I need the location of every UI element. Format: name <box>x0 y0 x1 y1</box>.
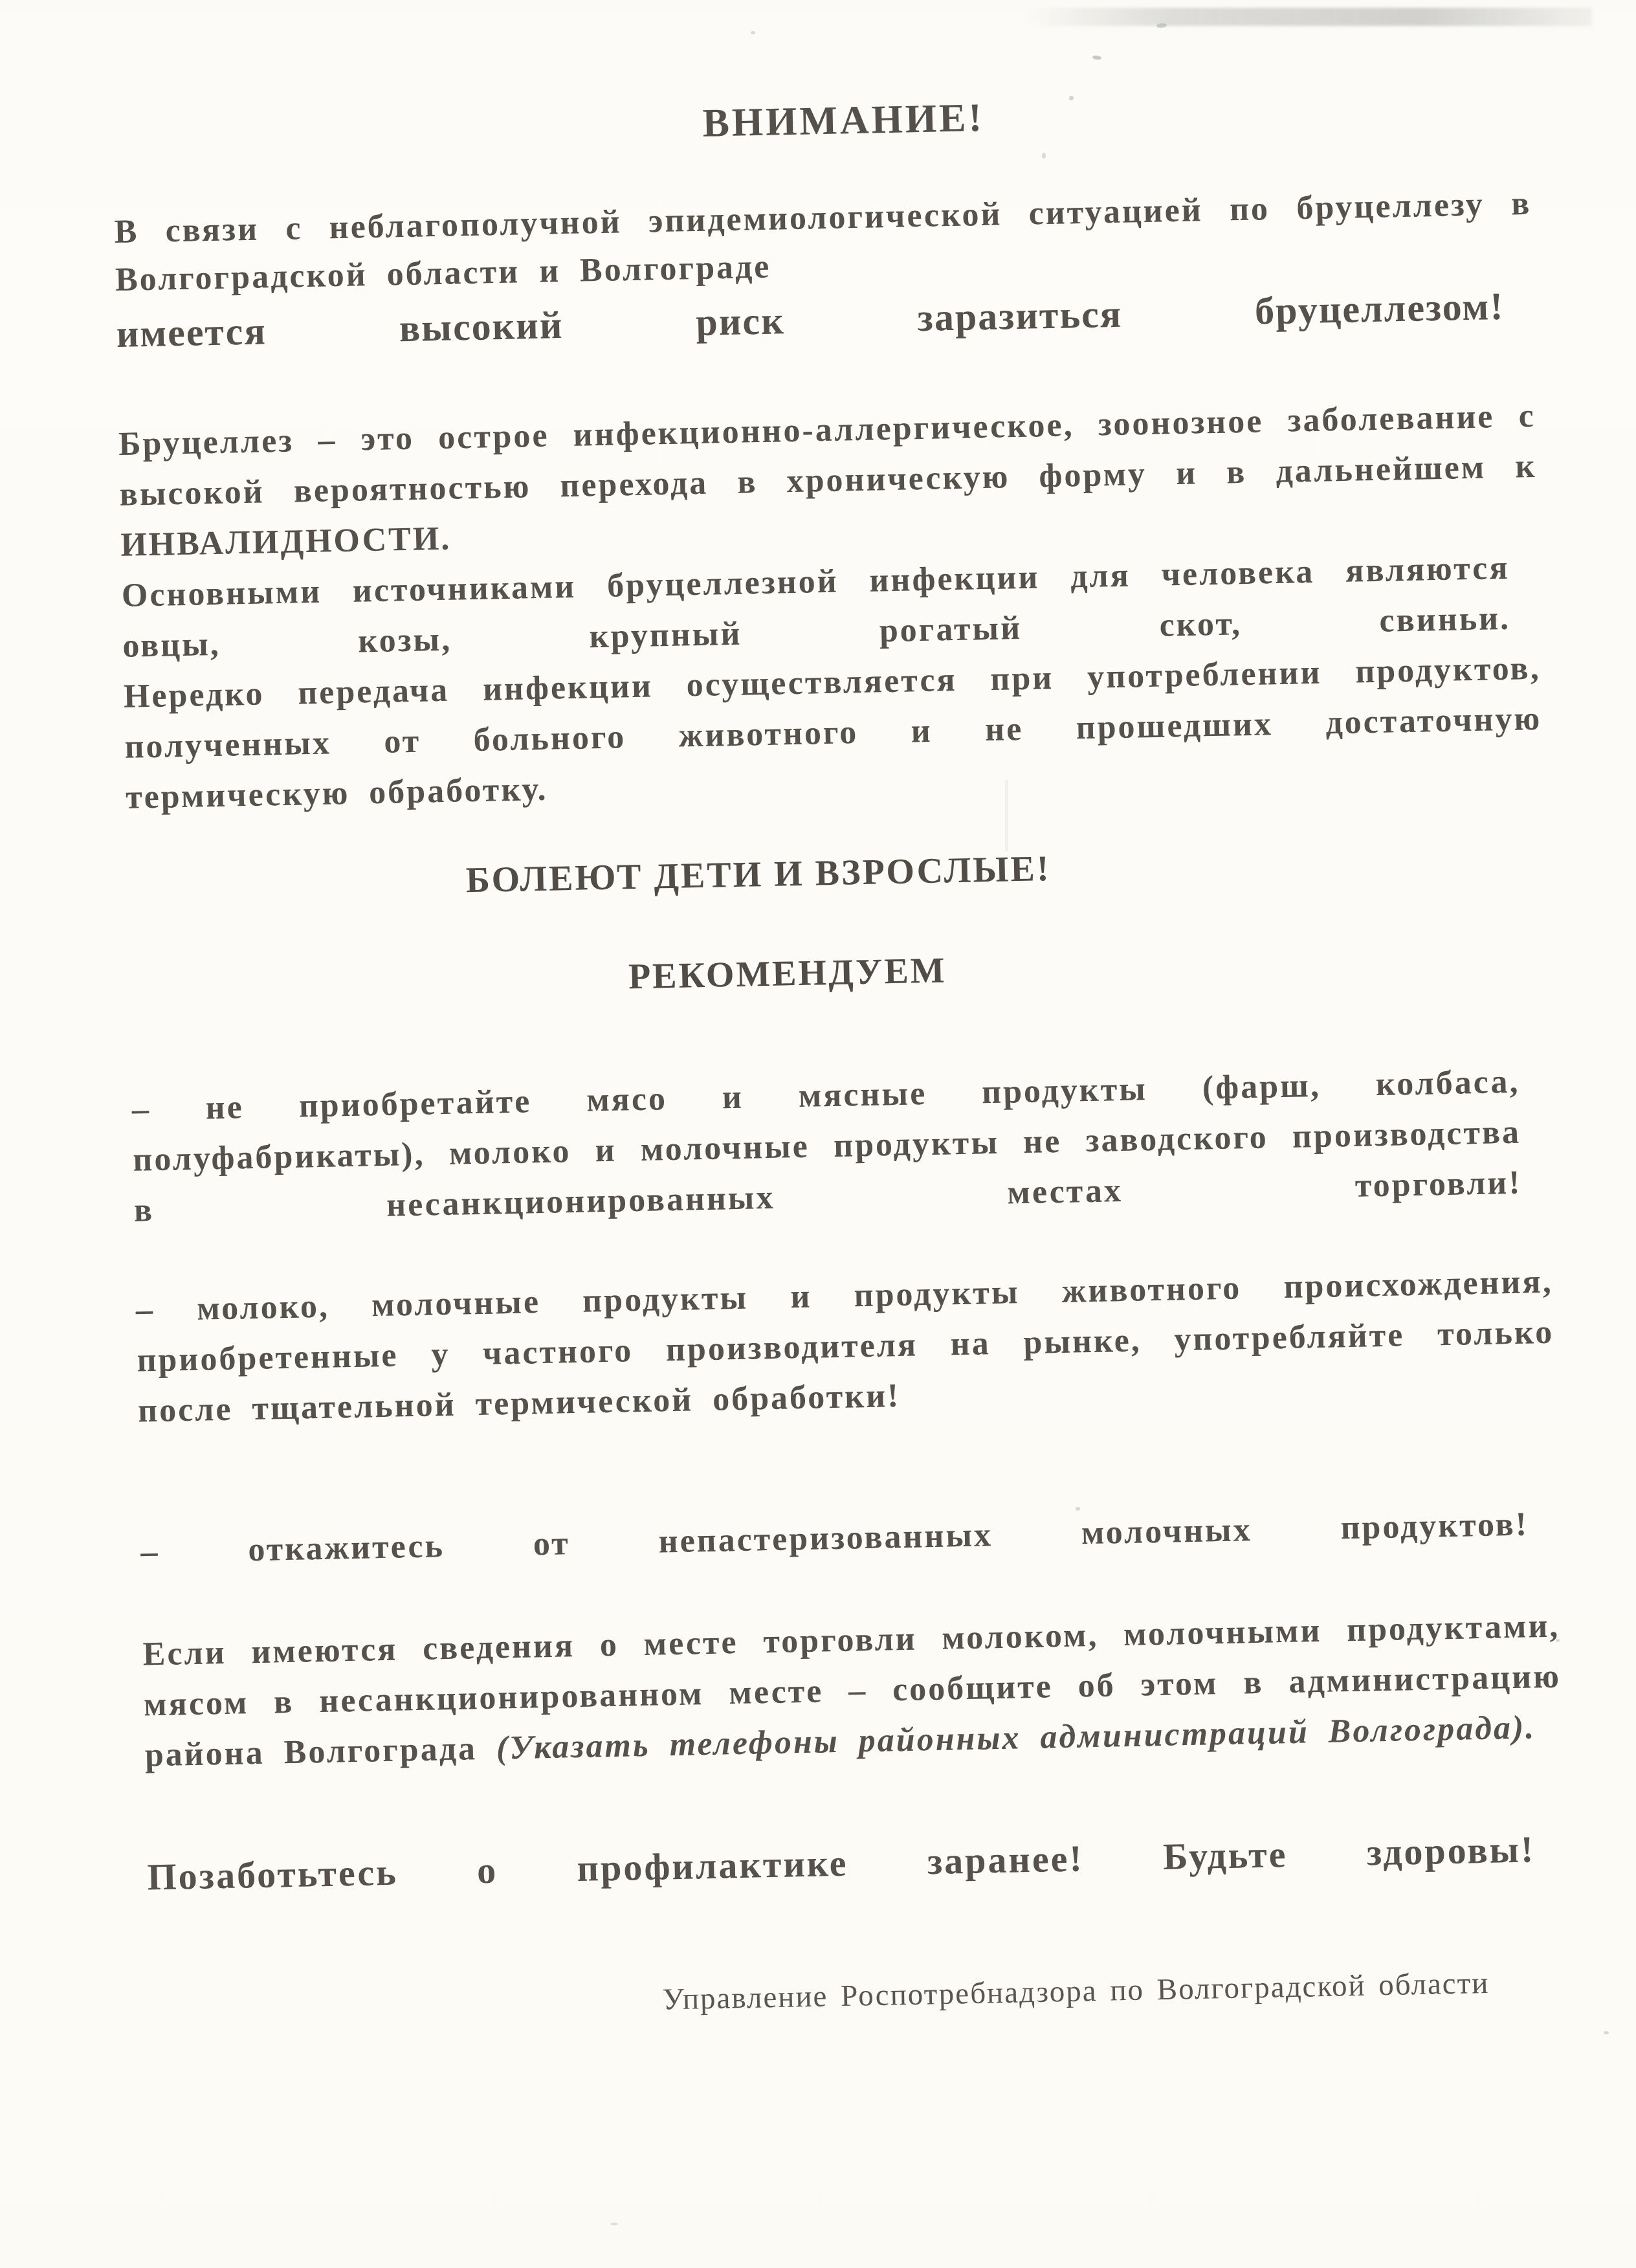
scan-speck <box>1604 2031 1609 2034</box>
report-instructions: Если имеются сведения о месте торговли м… <box>142 1601 1562 1781</box>
scan-speck <box>1156 23 1167 28</box>
recommendation-2: – молоко, молочные продукты и продукты ж… <box>135 1257 1555 1437</box>
report-italic-note: (Указать телефоны районных администраций… <box>496 1709 1536 1766</box>
scan-speck <box>751 31 755 34</box>
heading-affected: БОЛЕЮТ ДЕТИ И ВЗРОСЛЫЕ! <box>49 839 1467 910</box>
intro-paragraph: В связи с неблагополучной эпидемиологиче… <box>114 180 1534 364</box>
recommendation-1: – не приобретайте мясо и мясные продукты… <box>131 1056 1551 1236</box>
heading-recommendations: РЕКОМЕНДУЕМ <box>78 938 1496 1009</box>
document-title: ВНИМАНИЕ! <box>135 82 1553 159</box>
signature-line: Управление Роспотребнадзора по Волгоград… <box>149 1961 1567 2030</box>
transmission-info: Нередко передача инфекции осуществляется… <box>123 643 1543 823</box>
disease-definition: Бруцеллез – это острое инфекционно-аллер… <box>118 391 1538 571</box>
scan-speck <box>610 2223 618 2225</box>
closing-statement: Позаботьтесь о профилактике заранее! Буд… <box>147 1820 1565 1906</box>
document-content: ВНИМАНИЕ! В связи с неблагополучной эпид… <box>111 56 1567 2030</box>
scanner-artifact-band <box>1029 8 1592 26</box>
scanned-document-page: ВНИМАНИЕ! В связи с неблагополучной эпид… <box>0 0 1636 2268</box>
recommendation-3: – откажитесь от непастеризованных молочн… <box>140 1499 1558 1578</box>
scan-speck <box>1092 55 1102 60</box>
